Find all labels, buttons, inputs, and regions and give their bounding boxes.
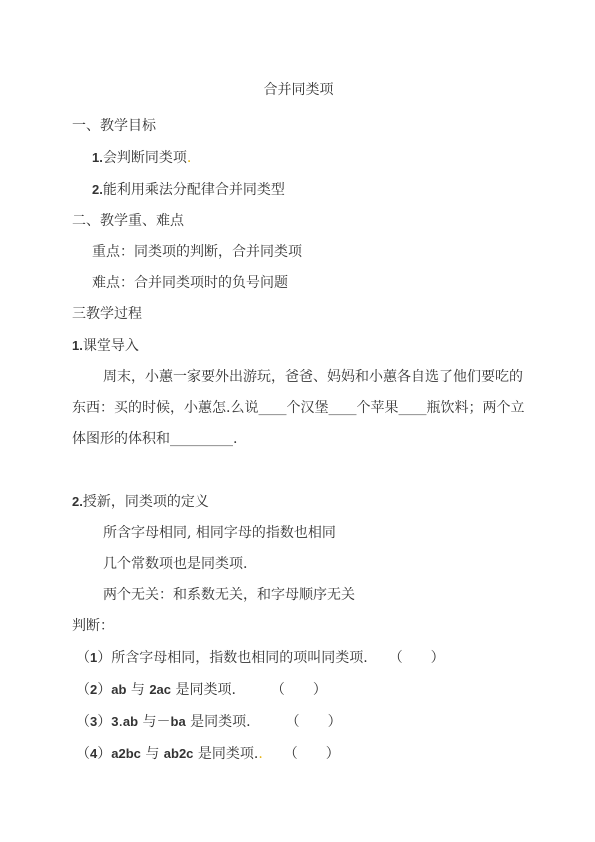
judge4-mid: 与 — [141, 746, 164, 762]
judge4-paren-open: （ — [76, 746, 90, 762]
fill-blank-1: ____ — [258, 400, 286, 416]
judge2-paren-close: ） — [97, 682, 111, 698]
step2-number: 2. — [72, 494, 83, 509]
intro-line2-text-b: 么说 — [230, 400, 258, 416]
difficulty-line: 难点：合并同类项时的负号问题 — [72, 268, 525, 299]
definition-line-2: 几个常数项也是同类项. — [72, 549, 525, 580]
fill-blank-3: ____ — [398, 400, 426, 416]
key-point-line: 重点：同类项的判断，合并同类项 — [72, 237, 525, 268]
fill-blank-4: _________ — [170, 431, 233, 447]
section1-heading: 一、教学目标 — [72, 111, 525, 142]
intro-line3-text: 体图形的体积和 — [72, 431, 170, 447]
step1-text: 课堂导入 — [83, 338, 139, 354]
spacer-line — [72, 455, 525, 486]
judge3-term-2: ba — [171, 714, 186, 729]
goal1-number: 1. — [92, 150, 103, 165]
judge1-paren-close: ） — [97, 650, 111, 666]
judge4-gap — [263, 746, 291, 762]
judge4-text: 是同类项. — [193, 746, 258, 762]
intro-line2-text-a: 东西：买的时候，小蕙怎 — [72, 400, 226, 416]
judge3-mid: 与－ — [138, 714, 170, 730]
judge2-gap — [236, 682, 278, 698]
judge2-text: 是同类项. — [171, 682, 236, 698]
intro-paragraph-line2: 东西：买的时候，小蕙怎.么说____个汉堡____个苹果____瓶饮料；两个立 — [72, 393, 525, 424]
judge4-answer-bracket: （ ） — [291, 746, 340, 762]
goal1-stray-period: . — [187, 150, 191, 166]
goal-item-2: 2.能利用乘法分配律合并同类型 — [72, 174, 525, 206]
judge-item-4: （4）a2bc 与 ab2c 是同类项.. （ ） — [72, 738, 525, 770]
judge-item-1: （1）所含字母相同，指数也相同的项叫同类项. （ ） — [72, 642, 525, 674]
definition-line-3: 两个无关：和系数无关，和字母顺序无关 — [72, 580, 525, 611]
judge3-paren-open: （ — [76, 714, 90, 730]
judge2-paren-open: （ — [76, 682, 90, 698]
goal2-number: 2. — [92, 182, 103, 197]
intro-paragraph-line1: 周末，小蕙一家要外出游玩，爸爸、妈妈和小蕙各自选了他们要吃的 — [72, 362, 525, 393]
judge-item-3: （3）3.ab 与－ba 是同类项. （ ） — [72, 706, 525, 738]
judge4-term-1: a2bc — [111, 746, 141, 761]
judge2-term-2: 2ac — [149, 682, 171, 697]
intro-paragraph-line3: 体图形的体积和_________. — [72, 424, 525, 455]
step2-line: 2.授新，同类项的定义 — [72, 486, 525, 518]
judge1-text: 所含字母相同，指数也相同的项叫同类项. — [111, 650, 367, 666]
goal2-text: 能利用乘法分配律合并同类型 — [103, 182, 285, 198]
judge3-answer-bracket: （ ） — [293, 714, 342, 730]
judge3-term-1b: ab — [123, 714, 138, 729]
judge3-gap — [251, 714, 293, 730]
goal1-text: 会判断同类项 — [103, 150, 187, 166]
step1-number: 1. — [72, 338, 83, 353]
step2-text: 授新，同类项的定义 — [83, 494, 209, 510]
goal-item-1: 1.会判断同类项. — [72, 142, 525, 174]
section3-heading: 三教学过程 — [72, 299, 525, 330]
judge-item-2: （2）ab 与 2ac 是同类项. （ ） — [72, 674, 525, 706]
intro-line2-text-e: 瓶饮料；两个立 — [426, 400, 524, 416]
judge4-term-2: ab2c — [164, 746, 194, 761]
judge3-paren-close: ） — [97, 714, 111, 730]
document-page: 合并同类项 一、教学目标 1.会判断同类项. 2.能利用乘法分配律合并同类型 二… — [0, 0, 595, 842]
intro-line2-text-c: 个汉堡 — [286, 400, 328, 416]
judge1-answer-bracket: （ ） — [396, 650, 445, 666]
intro-line3-period: . — [233, 431, 237, 447]
step1-line: 1.课堂导入 — [72, 330, 525, 362]
doc-title: 合并同类项 — [72, 75, 525, 106]
judge1-gap — [368, 650, 396, 666]
judge1-paren-open: （ — [76, 650, 90, 666]
judge2-answer-bracket: （ ） — [278, 682, 327, 698]
intro-line2-text-d: 个苹果 — [356, 400, 398, 416]
judge4-paren-close: ） — [97, 746, 111, 762]
definition-line-1: 所含字母相同, 相同字母的指数也相同 — [72, 518, 525, 549]
judge3-text: 是同类项. — [186, 714, 251, 730]
judge-label: 判断： — [72, 611, 525, 642]
judge2-mid: 与 — [126, 682, 149, 698]
judge2-term-1: ab — [111, 682, 126, 697]
section2-heading: 二、教学重、难点 — [72, 206, 525, 237]
fill-blank-2: ____ — [328, 400, 356, 416]
